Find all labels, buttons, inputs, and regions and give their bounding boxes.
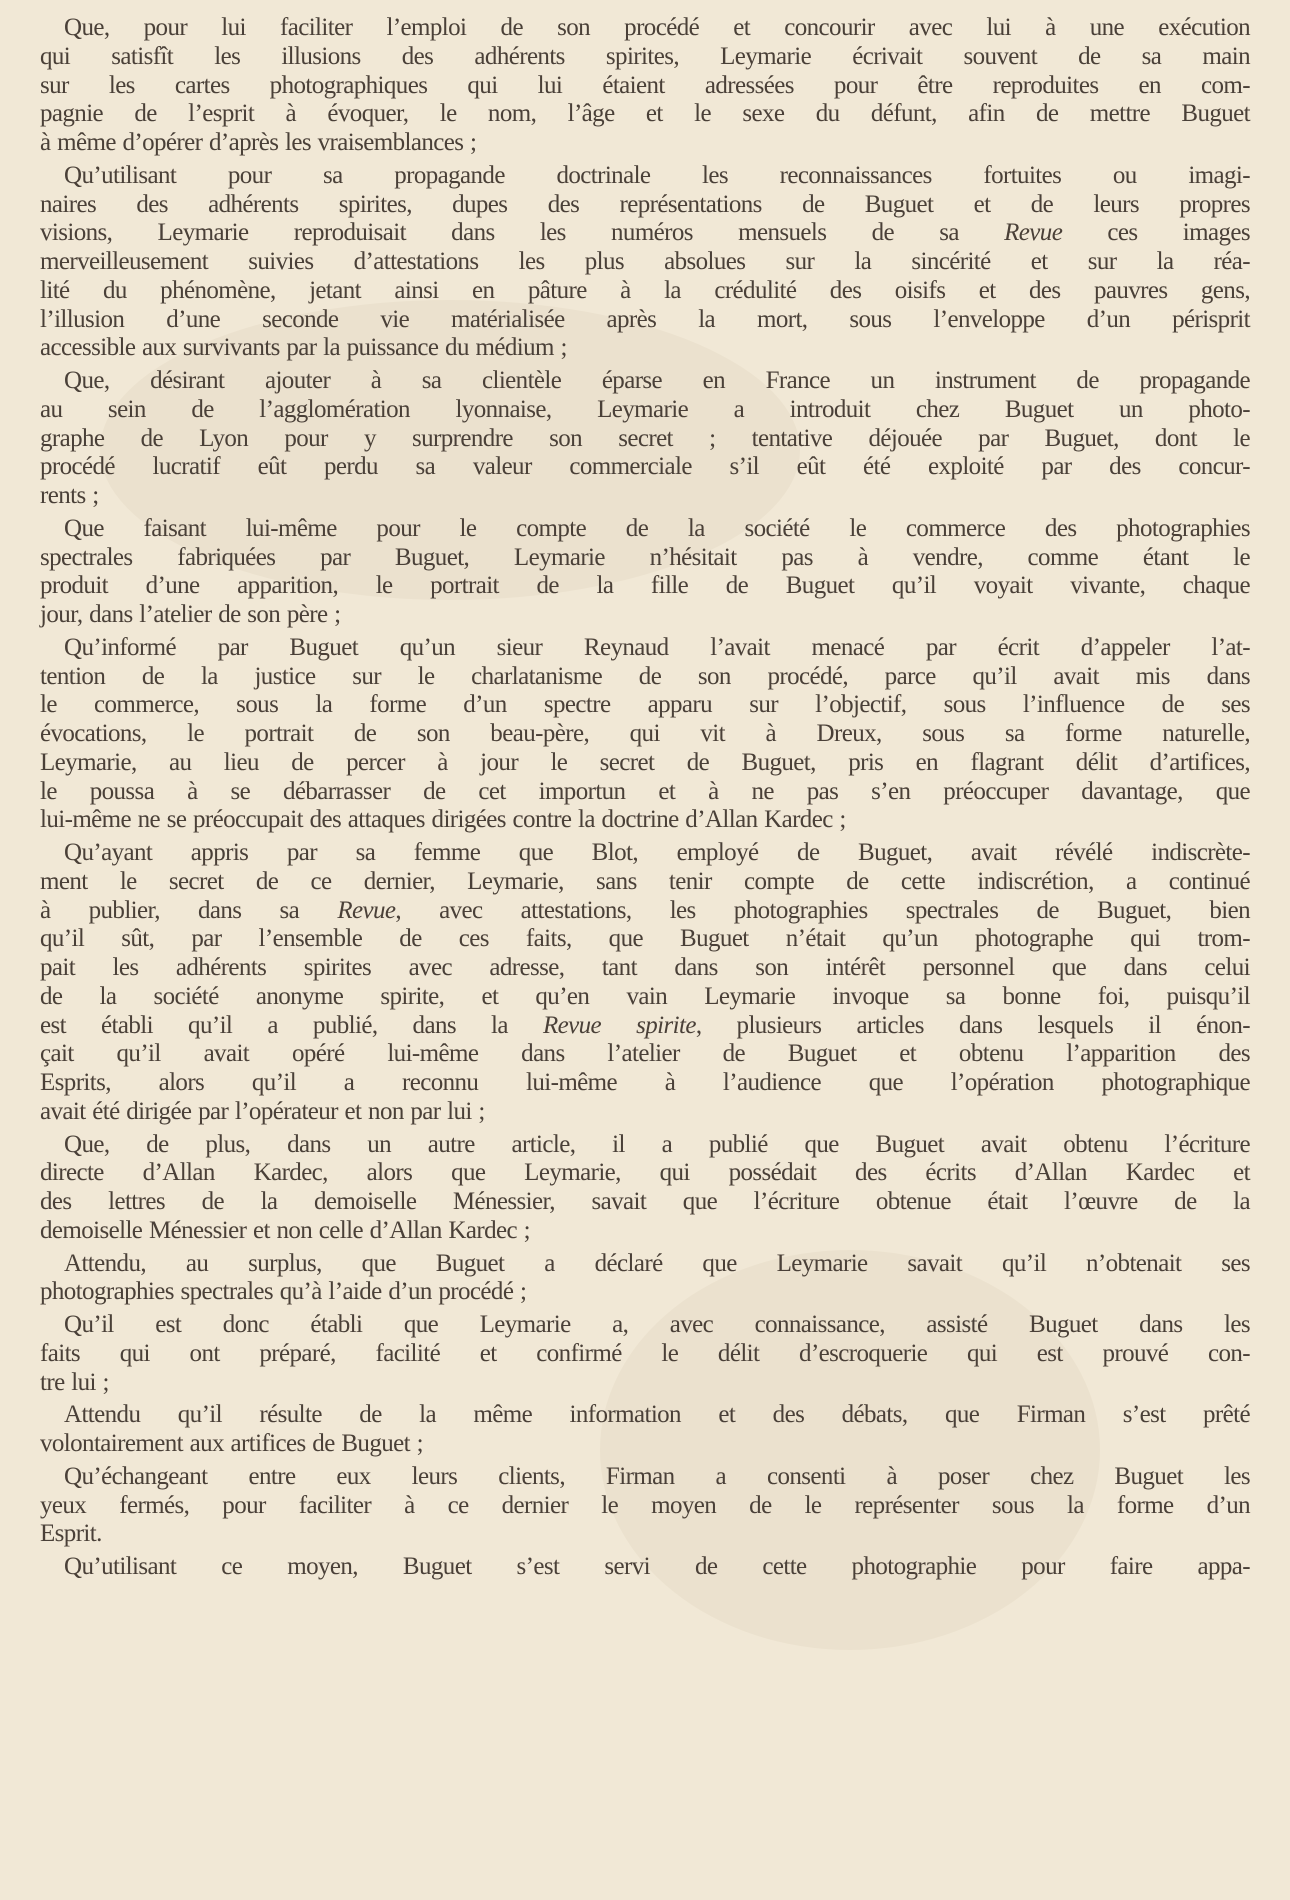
text-segment: spectrales fabriquées par Buguet, Leymar… <box>40 544 1250 571</box>
paragraph: Qu’utilisant ce moyen, Buguet s’est serv… <box>40 1553 1250 1582</box>
text-line: tention de la justice sur le charlatanis… <box>40 663 1250 692</box>
text-line: qu’il sût, par l’ensemble de ces faits, … <box>40 925 1250 954</box>
text-segment: Leymarie, au lieu de percer à jour le se… <box>40 749 1250 776</box>
text-line: l’illusion d’une seconde vie matérialisé… <box>40 306 1250 335</box>
paragraph: Qu’ayant appris par sa femme que Blot, e… <box>40 839 1250 1127</box>
text-line: rents ; <box>40 482 1250 511</box>
text-segment: Attendu, au surplus, que Buguet a déclar… <box>64 1250 1250 1277</box>
text-line: à publier, dans sa Revue, avec attestati… <box>40 897 1250 926</box>
paragraph: Que, de plus, dans un autre article, il … <box>40 1131 1250 1246</box>
text-line: Que, pour lui faciliter l’emploi de son … <box>40 14 1250 43</box>
text-segment: volontairement aux artifices de Buguet ; <box>40 1430 423 1457</box>
text-segment: Qu’informé par Buguet qu’un sieur Reynau… <box>64 634 1250 661</box>
text-segment: , plusieurs articles dans lesquels il én… <box>696 1012 1250 1039</box>
text-segment: l’illusion d’une seconde vie matérialisé… <box>40 306 1250 333</box>
text-line: sur les cartes photographiques qui lui é… <box>40 72 1250 101</box>
text-segment: photographies spectrales qu’à l’aide d’u… <box>40 1278 526 1305</box>
paragraph: Qu’échangeant entre eux leurs clients, F… <box>40 1463 1250 1549</box>
text-line: jour, dans l’atelier de son père ; <box>40 601 1250 630</box>
text-line: accessible aux survivants par la puissan… <box>40 334 1250 363</box>
text-line: Leymarie, au lieu de percer à jour le se… <box>40 749 1250 778</box>
text-segment: naires des adhérents spirites, dupes des… <box>40 191 1250 218</box>
text-segment: qu’il sût, par l’ensemble de ces faits, … <box>40 925 1250 952</box>
text-segment: Que, pour lui faciliter l’emploi de son … <box>64 14 1250 41</box>
paragraph: Attendu, au surplus, que Buguet a déclar… <box>40 1250 1250 1308</box>
paragraph: Qu’utilisant pour sa propagande doctrina… <box>40 162 1250 363</box>
text-segment: lité du phénomène, jetant ainsi en pâtur… <box>40 277 1250 304</box>
text-line: de la société anonyme spirite, et qu’en … <box>40 983 1250 1012</box>
text-segment: évocations, le portrait de son beau-père… <box>40 720 1250 747</box>
text-line: lité du phénomène, jetant ainsi en pâtur… <box>40 277 1250 306</box>
text-segment: est établi qu’il a publié, dans la <box>40 1012 543 1039</box>
text-line: Qu’ayant appris par sa femme que Blot, e… <box>40 839 1250 868</box>
text-line: procédé lucratif eût perdu sa valeur com… <box>40 453 1250 482</box>
document-page: Que, pour lui faciliter l’emploi de son … <box>40 14 1250 1586</box>
text-segment: merveilleusement suivies d’attestations … <box>40 248 1250 275</box>
text-line: Attendu qu’il résulte de la même informa… <box>40 1401 1250 1430</box>
text-line: merveilleusement suivies d’attestations … <box>40 248 1250 277</box>
text-line: évocations, le portrait de son beau-père… <box>40 720 1250 749</box>
text-line: produit d’une apparition, le portrait de… <box>40 572 1250 601</box>
text-line: ment le secret de ce dernier, Leymarie, … <box>40 868 1250 897</box>
text-segment: lui-même ne se préoccupait des attaques … <box>40 806 846 833</box>
text-line: photographies spectrales qu’à l’aide d’u… <box>40 1278 1250 1307</box>
text-segment: visions, Leymarie reproduisait dans les … <box>40 219 1004 246</box>
text-line: spectrales fabriquées par Buguet, Leymar… <box>40 544 1250 573</box>
text-line: volontairement aux artifices de Buguet ; <box>40 1430 1250 1459</box>
text-segment: rents ; <box>40 482 99 509</box>
text-line: Qu’utilisant ce moyen, Buguet s’est serv… <box>40 1553 1250 1582</box>
text-line: avait été dirigée par l’opérateur et non… <box>40 1098 1250 1127</box>
text-line: Qu’informé par Buguet qu’un sieur Reynau… <box>40 634 1250 663</box>
text-segment: tention de la justice sur le charlatanis… <box>40 663 1250 690</box>
text-segment: au sein de l’agglomération lyonnaise, Le… <box>40 396 1250 423</box>
text-line: lui-même ne se préoccupait des attaques … <box>40 806 1250 835</box>
text-segment: , avec attestations, les photographies s… <box>395 897 1250 924</box>
paragraph: Que, pour lui faciliter l’emploi de son … <box>40 14 1250 158</box>
text-line: naires des adhérents spirites, dupes des… <box>40 191 1250 220</box>
text-segment: Que, désirant ajouter à sa clientèle épa… <box>64 367 1250 394</box>
text-line: Attendu, au surplus, que Buguet a déclar… <box>40 1250 1250 1279</box>
text-segment: çait qu’il avait opéré lui-même dans l’a… <box>40 1040 1250 1067</box>
text-line: des lettres de la demoiselle Ménessier, … <box>40 1188 1250 1217</box>
text-line: le poussa à se débarrasser de cet import… <box>40 778 1250 807</box>
text-segment: pait les adhérents spirites avec adresse… <box>40 954 1250 981</box>
text-segment: avait été dirigée par l’opérateur et non… <box>40 1098 485 1125</box>
italic-title: Revue <box>1004 219 1062 246</box>
text-segment: Que, de plus, dans un autre article, il … <box>64 1131 1250 1158</box>
text-segment: demoiselle Ménessier et non celle d’Alla… <box>40 1217 530 1244</box>
text-line: Qu’échangeant entre eux leurs clients, F… <box>40 1463 1250 1492</box>
text-segment: jour, dans l’atelier de son père ; <box>40 601 340 628</box>
text-segment: Qu’utilisant ce moyen, Buguet s’est serv… <box>64 1553 1250 1580</box>
text-line: qui satisfît les illusions des adhérents… <box>40 43 1250 72</box>
text-segment: à même d’opérer d’après les vraisemblanc… <box>40 129 476 156</box>
text-segment: graphe de Lyon pour y surprendre son sec… <box>40 425 1250 452</box>
text-segment: le commerce, sous la forme d’un spectre … <box>40 691 1250 718</box>
paragraph: Attendu qu’il résulte de la même informa… <box>40 1401 1250 1459</box>
text-segment: faits qui ont préparé, facilité et confi… <box>40 1340 1250 1367</box>
text-line: visions, Leymarie reproduisait dans les … <box>40 219 1250 248</box>
text-segment: Qu’ayant appris par sa femme que Blot, e… <box>64 839 1250 866</box>
text-segment: à publier, dans sa <box>40 897 337 924</box>
italic-title: Revue <box>337 897 395 924</box>
text-segment: pagnie de l’esprit à évoquer, le nom, l’… <box>40 100 1250 127</box>
text-segment: Que faisant lui-même pour le compte de l… <box>64 515 1250 542</box>
text-segment: procédé lucratif eût perdu sa valeur com… <box>40 453 1250 480</box>
text-line: directe d’Allan Kardec, alors que Leymar… <box>40 1159 1250 1188</box>
text-segment: produit d’une apparition, le portrait de… <box>40 572 1250 599</box>
text-line: yeux fermés, pour faciliter à ce dernier… <box>40 1492 1250 1521</box>
text-segment: ces images <box>1062 219 1250 246</box>
text-line: tre lui ; <box>40 1369 1250 1398</box>
text-line: à même d’opérer d’après les vraisemblanc… <box>40 129 1250 158</box>
text-line: est établi qu’il a publié, dans la Revue… <box>40 1012 1250 1041</box>
text-line: çait qu’il avait opéré lui-même dans l’a… <box>40 1040 1250 1069</box>
text-line: graphe de Lyon pour y surprendre son sec… <box>40 425 1250 454</box>
paragraph: Qu’informé par Buguet qu’un sieur Reynau… <box>40 634 1250 835</box>
text-segment: qui satisfît les illusions des adhérents… <box>40 43 1250 70</box>
text-segment: Esprit. <box>40 1520 102 1547</box>
text-line: Qu’il est donc établi que Leymarie a, av… <box>40 1311 1250 1340</box>
paragraph: Qu’il est donc établi que Leymarie a, av… <box>40 1311 1250 1397</box>
text-segment: sur les cartes photographiques qui lui é… <box>40 72 1250 99</box>
text-segment: yeux fermés, pour faciliter à ce dernier… <box>40 1492 1250 1519</box>
text-segment: Qu’il est donc établi que Leymarie a, av… <box>64 1311 1250 1338</box>
text-segment: accessible aux survivants par la puissan… <box>40 334 567 361</box>
text-line: Que, désirant ajouter à sa clientèle épa… <box>40 367 1250 396</box>
text-segment: Qu’utilisant pour sa propagande doctrina… <box>64 162 1250 189</box>
text-line: pait les adhérents spirites avec adresse… <box>40 954 1250 983</box>
paragraph: Que, désirant ajouter à sa clientèle épa… <box>40 367 1250 511</box>
text-line: Esprits, alors qu’il a reconnu lui-même … <box>40 1069 1250 1098</box>
text-segment: Attendu qu’il résulte de la même informa… <box>64 1401 1250 1428</box>
text-line: au sein de l’agglomération lyonnaise, Le… <box>40 396 1250 425</box>
text-line: Esprit. <box>40 1520 1250 1549</box>
text-line: le commerce, sous la forme d’un spectre … <box>40 691 1250 720</box>
text-line: faits qui ont préparé, facilité et confi… <box>40 1340 1250 1369</box>
text-segment: tre lui ; <box>40 1369 109 1396</box>
text-segment: Esprits, alors qu’il a reconnu lui-même … <box>40 1069 1250 1096</box>
text-segment: le poussa à se débarrasser de cet import… <box>40 778 1250 805</box>
paragraph: Que faisant lui-même pour le compte de l… <box>40 515 1250 630</box>
text-segment: des lettres de la demoiselle Ménessier, … <box>40 1188 1250 1215</box>
text-line: Que faisant lui-même pour le compte de l… <box>40 515 1250 544</box>
text-line: pagnie de l’esprit à évoquer, le nom, l’… <box>40 100 1250 129</box>
text-segment: Qu’échangeant entre eux leurs clients, F… <box>64 1463 1250 1490</box>
text-segment: directe d’Allan Kardec, alors que Leymar… <box>40 1159 1250 1186</box>
italic-title: Revue spirite <box>543 1012 696 1039</box>
text-line: demoiselle Ménessier et non celle d’Alla… <box>40 1217 1250 1246</box>
text-line: Que, de plus, dans un autre article, il … <box>40 1131 1250 1160</box>
text-segment: ment le secret de ce dernier, Leymarie, … <box>40 868 1250 895</box>
text-segment: de la société anonyme spirite, et qu’en … <box>40 983 1250 1010</box>
text-line: Qu’utilisant pour sa propagande doctrina… <box>40 162 1250 191</box>
